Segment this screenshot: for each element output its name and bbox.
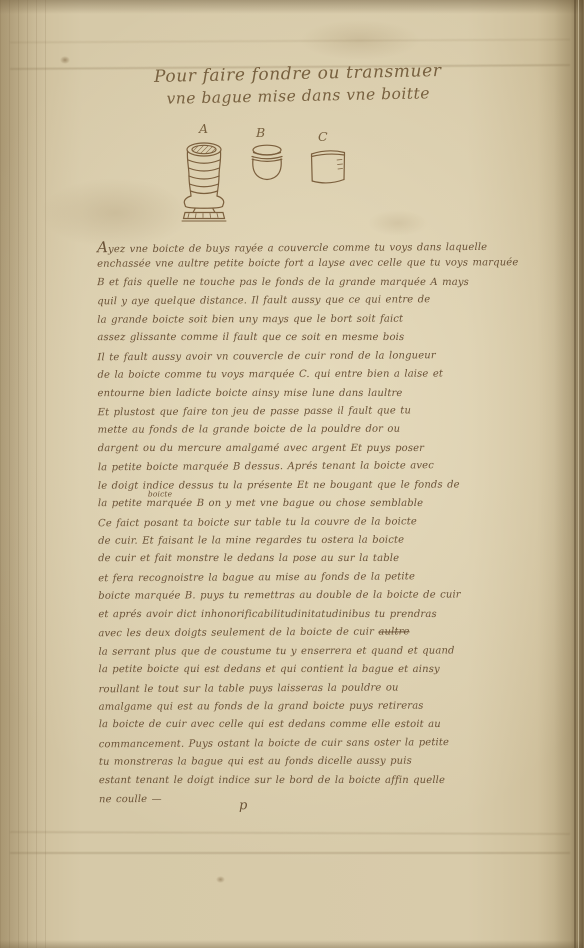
text-line: de la boicte comme tu voys marquée C. qu… [97, 365, 517, 385]
text-line: la grande boicte soit bien uny mays que … [97, 310, 517, 330]
crucible-box-drawing [179, 140, 229, 224]
text-line: commancement. Puys ostant la boicte de c… [99, 734, 519, 755]
text-line: Et plustost que faire ton jeu de passe p… [98, 402, 518, 423]
text-line: estant tenant le doigt indice sur le bor… [99, 772, 519, 791]
page-bottom-edge [0, 940, 584, 948]
text-line: avec les deux doigts seulement de la boi… [98, 623, 518, 644]
text-line: assez glissante comme il fault que ce so… [97, 329, 517, 348]
figure-label-b: B [256, 125, 265, 140]
text-line: la serrant plus que de coustume tu y ens… [98, 642, 518, 662]
text-line-fragment: avec les deux doigts seulement de la boi… [98, 627, 374, 640]
text-line: enchassée vne aultre petite boicte fort … [97, 255, 517, 275]
text-line: la boicte de cuir avec celle qui est ded… [99, 716, 519, 735]
page-fore-edge [554, 0, 584, 948]
interlinear-insertion: boicte [148, 490, 172, 498]
fore-edge-line [574, 0, 576, 948]
end-flourish: p [239, 797, 248, 815]
recipe-title: Pour faire fondre ou transmuer vne bague… [128, 60, 469, 108]
text-line: la petite boicte qui est dedans et qui c… [99, 661, 519, 680]
text-line: dargent ou du mercure amalgamé avec arge… [98, 440, 518, 459]
struck-word: aultre [378, 627, 409, 638]
leather-cover-drawing [308, 147, 348, 187]
text-line: quil y aye quelque distance. Il fault au… [97, 291, 517, 312]
text-line: Ce faict posant ta boicte sur table tu l… [98, 512, 518, 533]
text-line: et aprés avoir dict inhonorificabilitudi… [98, 606, 518, 625]
text-line: et fera recognoistre la bague au mise au… [98, 568, 518, 589]
manuscript-page: Pour faire fondre ou transmuer vne bague… [0, 0, 584, 948]
fold-crease [10, 39, 570, 44]
binding-gutter [0, 0, 48, 948]
paper-stain [368, 210, 428, 236]
text-line: entourne bien ladicte boicte ainsy mise … [98, 384, 518, 403]
figure-label-a: A [199, 121, 208, 136]
page-top-edge [0, 0, 584, 14]
lidded-box-drawing [247, 143, 287, 185]
foxing-spot [216, 876, 225, 883]
text-line: de cuir. Et faisant le la mine regardes … [98, 531, 518, 551]
title-line-2: vne bague mise dans vne boitte [128, 83, 468, 108]
text-line: tu monstreras la bague qui est au fonds … [99, 753, 519, 773]
fold-crease [10, 852, 570, 854]
text-line: Ayez vne boicte de buys rayée a couvercl… [97, 236, 517, 257]
text-line: boicte marquée B. puys tu remettras au d… [98, 587, 518, 607]
text-line: ne coulle — [99, 789, 519, 810]
text-line: B et fais quelle ne touche pas le fonds … [97, 274, 517, 293]
fold-crease [10, 831, 570, 835]
text-line: Il te fault aussy avoir vn couvercle de … [97, 346, 517, 367]
title-line-1: Pour faire fondre ou transmuer [128, 60, 468, 87]
figure-label-c: C [318, 129, 328, 144]
text-line: la petite boicte marquée B dessus. Aprés… [98, 457, 518, 478]
fore-edge-highlight [578, 0, 579, 948]
text-line: amalgame qui est au fonds de la grand bo… [99, 697, 519, 717]
text-line: de cuir et fait monstre le dedans la pos… [98, 550, 518, 569]
text-line: roullant le tout sur la table puys laiss… [99, 678, 519, 699]
foxing-spot [60, 56, 70, 64]
body-text: Ayez vne boicte de buys rayée a couvercl… [97, 236, 519, 809]
text-line: mette au fonds de la grande boicte de la… [98, 421, 518, 441]
